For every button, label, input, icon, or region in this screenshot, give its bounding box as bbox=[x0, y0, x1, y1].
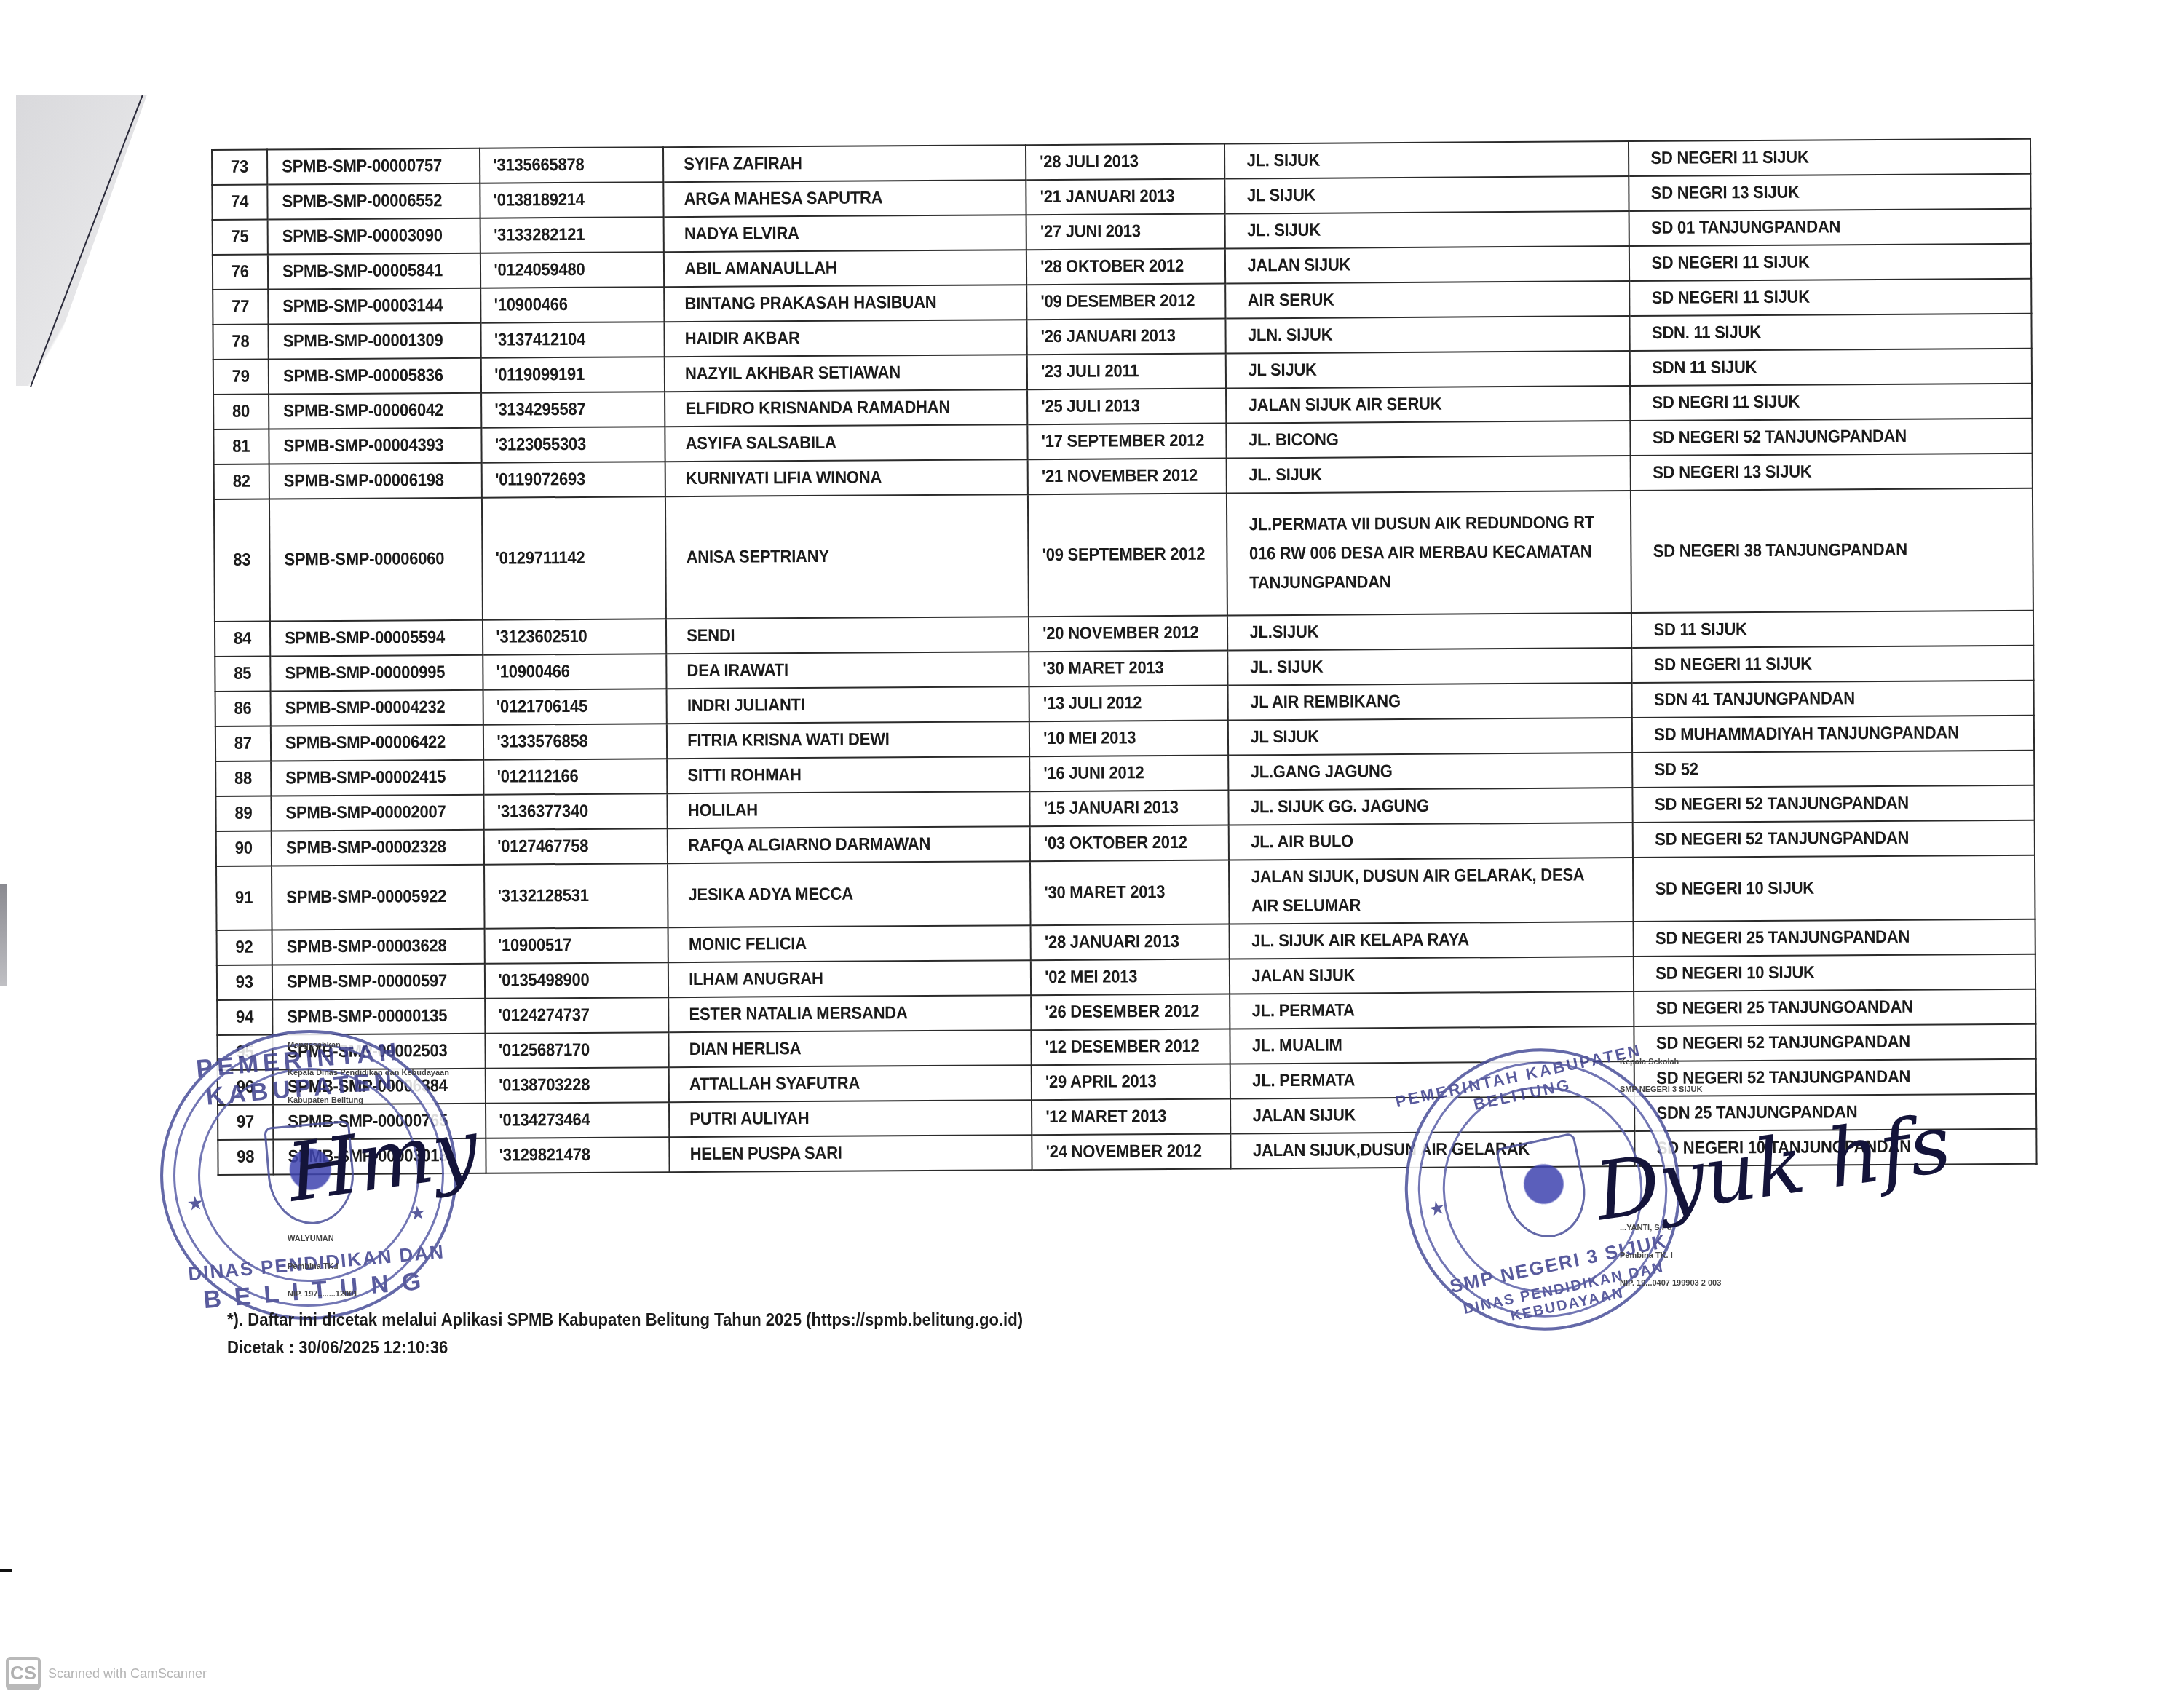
cell-no: 87 bbox=[218, 726, 269, 761]
student-list-table: 73SPMB-SMP-00000757'3135665878SYIFA ZAFI… bbox=[211, 138, 2038, 1176]
cell-nisn: '0125687170 bbox=[493, 1032, 662, 1068]
cell-alamat: JL. AIR BULO bbox=[1244, 823, 1616, 860]
cell-no: 93 bbox=[219, 965, 270, 1000]
cell-nama: ELFIDRO KRISNANDA RAMADHAN bbox=[679, 389, 1013, 427]
cell-tgl: '12 DESEMBER 2012 bbox=[1039, 1029, 1222, 1066]
cell-nisn: '3123055303 bbox=[489, 427, 658, 462]
cell-no: 79 bbox=[215, 360, 266, 395]
cell-nisn: '3133282121 bbox=[488, 217, 657, 253]
cell-tgl: '13 JULI 2012 bbox=[1037, 686, 1219, 722]
cell-reg: SPMB-SMP-00006042 bbox=[277, 393, 473, 429]
cell-tgl: '16 JUNI 2012 bbox=[1037, 756, 1220, 792]
cell-sekolah: SD NEGERI 25 TANJUNGPANDAN bbox=[1649, 919, 2019, 957]
signature-line: NIP. 19...0407 199903 2 003 bbox=[1620, 1270, 1721, 1297]
cell-nisn: '3129821478 bbox=[494, 1137, 662, 1173]
cell-alamat: JL AIR REMBIKANG bbox=[1243, 683, 1615, 720]
cell-no: 77 bbox=[215, 290, 266, 325]
camscanner-logo-icon: CS bbox=[6, 1657, 41, 1690]
cell-sekolah: SD MUHAMMADIYAH TANJUNGPANDAN bbox=[1648, 716, 2018, 753]
table-row: 91SPMB-SMP-00005922'3132128531JESIKA ADY… bbox=[216, 855, 2035, 930]
star-icon: ★ bbox=[186, 1192, 205, 1216]
cell-no: 84 bbox=[217, 622, 268, 657]
cell-no: 89 bbox=[218, 796, 269, 831]
footer-note: *). Daftar ini dicetak melalui Aplikasi … bbox=[227, 1307, 1023, 1334]
cell-sekolah: SD NEGERI 25 TANJUNGOANDAN bbox=[1650, 989, 2019, 1026]
cell-alamat: JL. SIJUK GG. JAGUNG bbox=[1244, 788, 1616, 825]
cell-alamat: JL.PERMATA VII DUSUN AIK REDUNDONG RT 01… bbox=[1243, 491, 1615, 615]
cell-nisn: '0124274737 bbox=[493, 997, 662, 1033]
cell-no: 74 bbox=[214, 185, 265, 220]
signature-line: Mengesahkan bbox=[288, 1031, 449, 1059]
cell-tgl: '24 NOVEMBER 2012 bbox=[1040, 1134, 1222, 1171]
cell-sekolah: SD 01 TANJUNGPANDAN bbox=[1645, 209, 2014, 246]
cell-alamat: JL. SIJUK bbox=[1242, 456, 1614, 493]
cell-tgl: '30 MARET 2013 bbox=[1038, 860, 1222, 926]
cell-nisn: '3133576858 bbox=[491, 724, 660, 759]
cell-tgl: '27 JUNI 2013 bbox=[1034, 214, 1216, 250]
cell-tgl: '17 SEPTEMBER 2012 bbox=[1035, 424, 1218, 460]
print-footer: *). Daftar ini dicetak melalui Aplikasi … bbox=[227, 1307, 1023, 1362]
cell-tgl: '26 JANUARI 2013 bbox=[1034, 319, 1217, 355]
cell-no: 80 bbox=[215, 395, 266, 429]
cell-nama: ASYIFA SALSABILA bbox=[680, 424, 1013, 462]
cell-tgl: '25 JULI 2013 bbox=[1035, 389, 1218, 425]
camscanner-watermark: CS Scanned with CamScanner bbox=[6, 1657, 207, 1690]
cell-nama: HELEN PUSPA SARI bbox=[684, 1135, 1018, 1172]
cell-alamat: JL.GANG JAGUNG bbox=[1244, 753, 1616, 790]
student-list-body: 73SPMB-SMP-00000757'3135665878SYIFA ZAFI… bbox=[212, 139, 2037, 1175]
cell-sekolah: SD NEGERI 52 TANJUNGPANDAN bbox=[1646, 419, 2016, 456]
cell-reg: SPMB-SMP-00006198 bbox=[277, 463, 474, 499]
cell-tgl: '02 MEI 2013 bbox=[1038, 959, 1221, 996]
cell-sekolah: SD NEGERI 52 TANJUNGPANDAN bbox=[1648, 785, 2018, 823]
cell-tgl: '23 JULI 2011 bbox=[1034, 354, 1217, 390]
cell-reg: SPMB-SMP-00004393 bbox=[277, 428, 474, 464]
cell-alamat: JALAN SIJUK, DUSUN AIR GELARAK, DESA AIR… bbox=[1245, 858, 1617, 924]
cell-reg: SPMB-SMP-00003144 bbox=[276, 288, 472, 325]
cell-reg: SPMB-SMP-00005836 bbox=[277, 358, 473, 395]
cell-nisn: '0138703228 bbox=[493, 1067, 662, 1103]
cell-sekolah: SDN. 11 SIJUK bbox=[1645, 314, 2015, 351]
cell-reg: SPMB-SMP-00002415 bbox=[279, 760, 475, 796]
cell-no: 88 bbox=[218, 761, 269, 796]
cell-nama: FITRIA KRISNA WATI DEWI bbox=[681, 721, 1015, 759]
cell-nama: HAIDIR AKBAR bbox=[679, 320, 1013, 357]
cell-alamat: JLN. SIJUK bbox=[1241, 316, 1613, 353]
cell-alamat: JL. SIJUK AIR KELAPA RAYA bbox=[1245, 922, 1617, 959]
cell-no: 90 bbox=[218, 831, 269, 866]
cell-reg: SPMB-SMP-00000597 bbox=[280, 964, 477, 1000]
cell-no: 78 bbox=[215, 325, 266, 360]
cell-tgl: '26 DESEMBER 2012 bbox=[1039, 994, 1222, 1031]
cell-nama: JESIKA ADYA MECCA bbox=[682, 861, 1016, 927]
cell-tgl: '10 MEI 2013 bbox=[1037, 721, 1219, 757]
cell-sekolah: SD NEGRI 13 SIJUK bbox=[1645, 174, 2014, 211]
cell-nisn: '10900517 bbox=[492, 927, 661, 963]
cell-nisn: '3132128531 bbox=[491, 863, 660, 928]
cell-alamat: JALAN SIJUK bbox=[1241, 246, 1613, 283]
cell-alamat: JL SIJUK bbox=[1241, 176, 1613, 213]
cell-no: 83 bbox=[216, 499, 268, 622]
cell-sekolah: SDN 41 TANJUNGPANDAN bbox=[1647, 681, 2017, 718]
signature-line: WALYUMAN bbox=[288, 1225, 449, 1253]
cell-sekolah: SD NEGERI 10 SIJUK bbox=[1650, 954, 2019, 991]
cell-nama: BINTANG PRAKASAH HASIBUAN bbox=[678, 285, 1012, 322]
cell-sekolah: SD 52 bbox=[1648, 751, 2018, 788]
cell-nama: SENDI bbox=[681, 617, 1014, 654]
cell-nama: ABIL AMANAULLAH bbox=[678, 250, 1012, 287]
cell-sekolah: SD NEGERI 11 SIJUK bbox=[1645, 279, 2015, 316]
cell-sekolah: SD NEGRI 11 SIJUK bbox=[1646, 384, 2016, 421]
cell-tgl: '12 MARET 2013 bbox=[1040, 1099, 1222, 1136]
cell-tgl: '03 OKTOBER 2012 bbox=[1037, 825, 1220, 862]
cell-alamat: JL.SIJUK bbox=[1243, 613, 1615, 650]
cell-no: 86 bbox=[218, 692, 269, 726]
cell-nama: SITTI ROHMAH bbox=[681, 756, 1015, 793]
cell-tgl: '21 NOVEMBER 2012 bbox=[1035, 459, 1218, 495]
cell-tgl: '28 JULI 2013 bbox=[1034, 144, 1216, 181]
signature-line: SMP NEGERI 3 SIJUK bbox=[1620, 1076, 1721, 1104]
cell-nama: ESTER NATALIA MERSANDA bbox=[683, 995, 1016, 1032]
cell-tgl: '30 MARET 2013 bbox=[1037, 651, 1219, 687]
cell-nama: NADYA ELVIRA bbox=[678, 215, 1012, 252]
signature-line: Pembina TK.I bbox=[288, 1253, 449, 1280]
cell-alamat: JL. BICONG bbox=[1242, 421, 1614, 458]
cell-tgl: '09 SEPTEMBER 2012 bbox=[1035, 494, 1219, 617]
cell-sekolah: SD NEGERI 13 SIJUK bbox=[1646, 454, 2016, 491]
cell-nama: DEA IRAWATI bbox=[681, 652, 1015, 689]
cell-nisn: '0121706145 bbox=[491, 689, 660, 724]
cell-reg: SPMB-SMP-00005594 bbox=[278, 620, 475, 657]
cell-tgl: '15 JANUARI 2013 bbox=[1037, 791, 1220, 827]
cell-reg: SPMB-SMP-00000757 bbox=[275, 148, 472, 185]
cell-sekolah: SD NEGERI 10 SIJUK bbox=[1649, 855, 2019, 922]
cell-nisn: '0119099191 bbox=[488, 357, 657, 392]
cell-nisn: '3123602510 bbox=[490, 619, 659, 654]
table-row: 83SPMB-SMP-00006060'0129711142ANISA SEPT… bbox=[214, 488, 2033, 622]
cell-reg: SPMB-SMP-00005841 bbox=[276, 253, 472, 290]
cell-reg: SPMB-SMP-00004232 bbox=[279, 690, 475, 726]
cell-nisn: '0119072693 bbox=[489, 462, 658, 497]
cell-reg: SPMB-SMP-00003090 bbox=[276, 218, 472, 255]
cell-reg: SPMB-SMP-00002328 bbox=[280, 830, 476, 866]
cell-sekolah: SD NEGERI 38 TANJUNGPANDAN bbox=[1647, 488, 2017, 613]
cell-alamat: JL SIJUK bbox=[1241, 351, 1613, 388]
scan-edge-mark bbox=[0, 1569, 12, 1572]
cell-sekolah: SD NEGERI 52 TANJUNGPANDAN bbox=[1648, 820, 2018, 858]
cell-sekolah: SD NEGERI 11 SIJUK bbox=[1645, 139, 2014, 176]
cell-nama: MONIC FELICIA bbox=[683, 925, 1016, 962]
cell-reg: SPMB-SMP-00006060 bbox=[277, 498, 474, 622]
cell-tgl: '20 NOVEMBER 2012 bbox=[1037, 616, 1219, 652]
cell-no: 76 bbox=[215, 255, 266, 290]
cell-no: 73 bbox=[214, 150, 265, 185]
cell-nisn: '012112166 bbox=[491, 759, 660, 794]
cell-tgl: '21 JANUARI 2013 bbox=[1034, 179, 1216, 215]
cell-alamat: JL. SIJUK bbox=[1241, 141, 1613, 178]
printed-timestamp: Dicetak : 30/06/2025 12:10:36 bbox=[227, 1334, 1023, 1362]
cell-reg: SPMB-SMP-00003628 bbox=[280, 929, 477, 965]
cell-sekolah: SD NEGERI 11 SIJUK bbox=[1645, 244, 2015, 281]
cell-nisn: '0135498900 bbox=[492, 962, 661, 998]
cell-nisn: '10900466 bbox=[488, 287, 657, 322]
cell-nama: HOLILAH bbox=[682, 791, 1016, 828]
cell-alamat: JALAN SIJUK AIR SERUK bbox=[1242, 386, 1614, 423]
cell-nama: RAFQA ALGIARNO DARMAWAN bbox=[682, 826, 1016, 863]
cell-nama: DIAN HERLISA bbox=[684, 1030, 1017, 1067]
cell-no: 92 bbox=[219, 930, 270, 965]
cell-reg: SPMB-SMP-00000995 bbox=[279, 655, 475, 692]
cell-reg: SPMB-SMP-00002007 bbox=[280, 795, 476, 831]
cell-nisn: '0127467758 bbox=[491, 828, 660, 864]
cell-tgl: '09 DESEMBER 2012 bbox=[1034, 284, 1217, 320]
cell-nama: ILHAM ANUGRAH bbox=[683, 960, 1016, 997]
cell-alamat: JL SIJUK bbox=[1244, 718, 1616, 755]
student-list-table-container: 73SPMB-SMP-00000757'3135665878SYIFA ZAFI… bbox=[211, 138, 2038, 1176]
cell-nama: KURNIYATI LIFIA WINONA bbox=[680, 459, 1013, 496]
cell-sekolah: SD NEGERI 11 SIJUK bbox=[1647, 646, 2017, 683]
cell-nama: NAZYIL AKHBAR SETIAWAN bbox=[679, 355, 1013, 392]
cell-sekolah: SDN 11 SIJUK bbox=[1645, 349, 2015, 386]
cell-alamat: AIR SERUK bbox=[1241, 281, 1613, 318]
cell-tgl: '28 OKTOBER 2012 bbox=[1034, 249, 1216, 285]
scan-folded-corner bbox=[16, 95, 147, 386]
cell-no: 94 bbox=[219, 1000, 270, 1035]
cell-reg: SPMB-SMP-00006422 bbox=[279, 725, 475, 761]
cell-no: 81 bbox=[215, 429, 266, 464]
watermark-text: Scanned with CamScanner bbox=[48, 1666, 207, 1682]
cell-nisn: '3135665878 bbox=[487, 147, 656, 183]
cell-nisn: '0124059480 bbox=[488, 252, 657, 288]
cell-no: 82 bbox=[216, 464, 267, 499]
scan-edge-artifact bbox=[0, 884, 7, 986]
signature-line: Kepala Dinas Pendidikan dan Kebudayaan bbox=[288, 1059, 449, 1087]
signature-line: NIP. 197........12001 bbox=[288, 1280, 449, 1308]
cell-nisn: '0134273464 bbox=[493, 1102, 662, 1138]
cell-no: 75 bbox=[215, 220, 266, 255]
cell-nisn: '0129711142 bbox=[489, 496, 659, 619]
cell-nisn: '3134295587 bbox=[488, 392, 657, 427]
cell-alamat: JALAN SIJUK bbox=[1246, 957, 1618, 994]
signature-line bbox=[1620, 1104, 1721, 1131]
cell-nama: INDRI JULIANTI bbox=[681, 686, 1015, 724]
cell-nisn: '3136377340 bbox=[491, 793, 660, 829]
cell-nama: ATTALLAH SYAFUTRA bbox=[684, 1065, 1017, 1102]
cell-alamat: JL. SIJUK bbox=[1241, 211, 1613, 248]
cell-no: 85 bbox=[217, 657, 268, 692]
cell-nisn: '3137412104 bbox=[488, 322, 657, 357]
cell-sekolah: SD 11 SIJUK bbox=[1647, 611, 2017, 648]
cell-nama: ANISA SEPTRIANY bbox=[680, 494, 1013, 619]
cell-reg: SPMB-SMP-00001309 bbox=[277, 323, 473, 360]
signature-line: Pembina TK. I bbox=[1620, 1242, 1721, 1270]
cell-nama: SYIFA ZAFIRAH bbox=[678, 145, 1011, 182]
cell-nama: ARGA MAHESA SAPUTRA bbox=[678, 180, 1012, 217]
cell-nisn: '10900466 bbox=[491, 654, 660, 689]
cell-reg: SPMB-SMP-00005922 bbox=[280, 865, 476, 930]
cell-tgl: '29 APRIL 2013 bbox=[1039, 1064, 1222, 1101]
cell-nama: PUTRI AULIYAH bbox=[684, 1100, 1017, 1137]
cell-alamat: JL. SIJUK bbox=[1243, 648, 1615, 685]
cell-reg: SPMB-SMP-00006552 bbox=[276, 183, 472, 220]
signature-line: Kepala Sekolah bbox=[1620, 1048, 1721, 1076]
cell-tgl: '28 JANUARI 2013 bbox=[1038, 924, 1221, 961]
cell-no: 91 bbox=[218, 866, 269, 930]
cell-alamat: JL. PERMATA bbox=[1246, 991, 1618, 1029]
cell-nisn: '0138189214 bbox=[488, 182, 657, 218]
